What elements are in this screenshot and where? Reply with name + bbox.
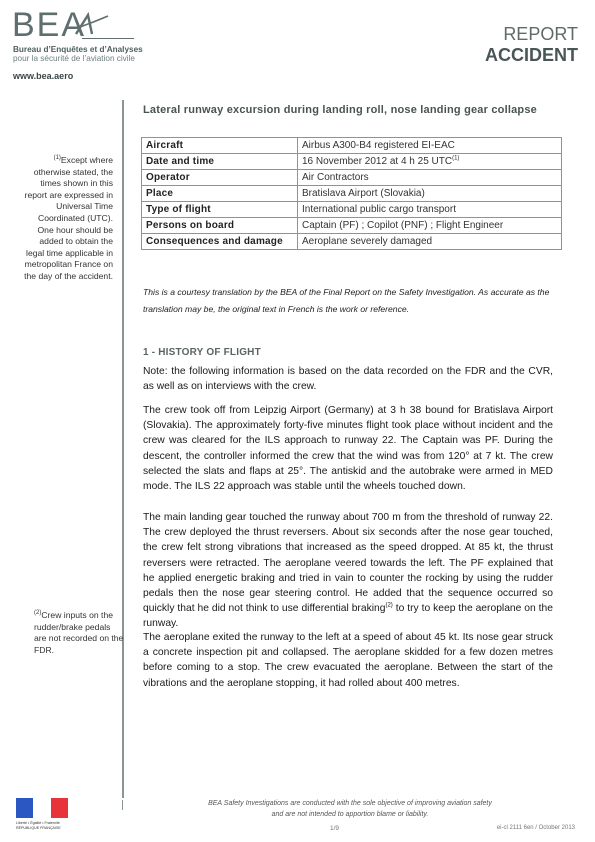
info-row: Persons on boardCaptain (PF) ; Copilot (… (142, 218, 562, 234)
note-marker: (1) (54, 155, 61, 161)
info-value: Captain (PF) ; Copilot (PNF) ; Flight En… (298, 218, 562, 234)
org-name: Bureau d’Enquêtes et d’Analyses (13, 45, 143, 54)
info-row: PlaceBratislava Airport (Slovakia) (142, 186, 562, 202)
flag-white (33, 798, 51, 818)
logo-underline (82, 38, 134, 39)
paragraph: Note: the following information is based… (143, 364, 553, 394)
info-key: Consequences and damage (142, 234, 298, 250)
info-key: Date and time (142, 154, 298, 170)
info-row: OperatorAir Contractors (142, 170, 562, 186)
paragraph: The aeroplane exited the runway to the l… (143, 630, 553, 691)
republique-francaise-logo (16, 798, 68, 818)
courtesy-note: This is a courtesy translation by the BE… (143, 284, 553, 318)
info-key: Type of flight (142, 202, 298, 218)
document-reference: ei-cl 2111 6en / October 2013 (497, 825, 575, 831)
org-subtitle: pour la sécurité de l’aviation civile (13, 54, 135, 63)
section-heading: 1 - HISTORY OF FLIGHT (143, 347, 261, 358)
website-link[interactable]: www.bea.aero (13, 71, 73, 81)
side-note-1: (1)Except where otherwise stated, the ti… (23, 155, 113, 283)
flag-blue (16, 798, 33, 818)
info-value: Air Contractors (298, 170, 562, 186)
info-value: Bratislava Airport (Slovakia) (298, 186, 562, 202)
info-value: Aeroplane severely damaged (298, 234, 562, 250)
info-key: Place (142, 186, 298, 202)
info-key: Operator (142, 170, 298, 186)
document-title: Lateral runway excursion during landing … (143, 104, 537, 116)
info-value: Airbus A300-B4 registered EI-EAC (298, 138, 562, 154)
info-value: 16 November 2012 at 4 h 25 UTC(1) (298, 154, 562, 170)
note-text: Crew inputs on the rudder/brake pedals a… (34, 610, 123, 655)
logo-swoosh-icon (74, 12, 114, 36)
info-row: Date and time16 November 2012 at 4 h 25 … (142, 154, 562, 170)
footer-disclaimer: BEA Safety Investigations are conducted … (150, 798, 550, 820)
report-type: ACCIDENT (485, 45, 578, 66)
paragraph: The main landing gear touched the runway… (143, 510, 553, 632)
flag-red (51, 798, 68, 818)
report-label: REPORT (503, 24, 578, 45)
info-row: AircraftAirbus A300-B4 registered EI-EAC (142, 138, 562, 154)
margin-rule (122, 100, 124, 798)
info-table: AircraftAirbus A300-B4 registered EI-EAC… (141, 137, 562, 250)
info-value: International public cargo transport (298, 202, 562, 218)
note-text: Except where otherwise stated, the times… (24, 155, 113, 281)
footer-rule (122, 800, 123, 810)
paragraph: The crew took off from Leipzig Airport (… (143, 403, 553, 494)
info-key: Aircraft (142, 138, 298, 154)
info-row: Consequences and damageAeroplane severel… (142, 234, 562, 250)
info-row: Type of flightInternational public cargo… (142, 202, 562, 218)
info-key: Persons on board (142, 218, 298, 234)
republique-francaise-text: Liberté • Égalité • Fraternité RÉPUBLIQU… (16, 821, 76, 830)
page-number: 1/9 (330, 825, 339, 832)
side-note-2: (2)Crew inputs on the rudder/brake pedal… (34, 610, 124, 656)
